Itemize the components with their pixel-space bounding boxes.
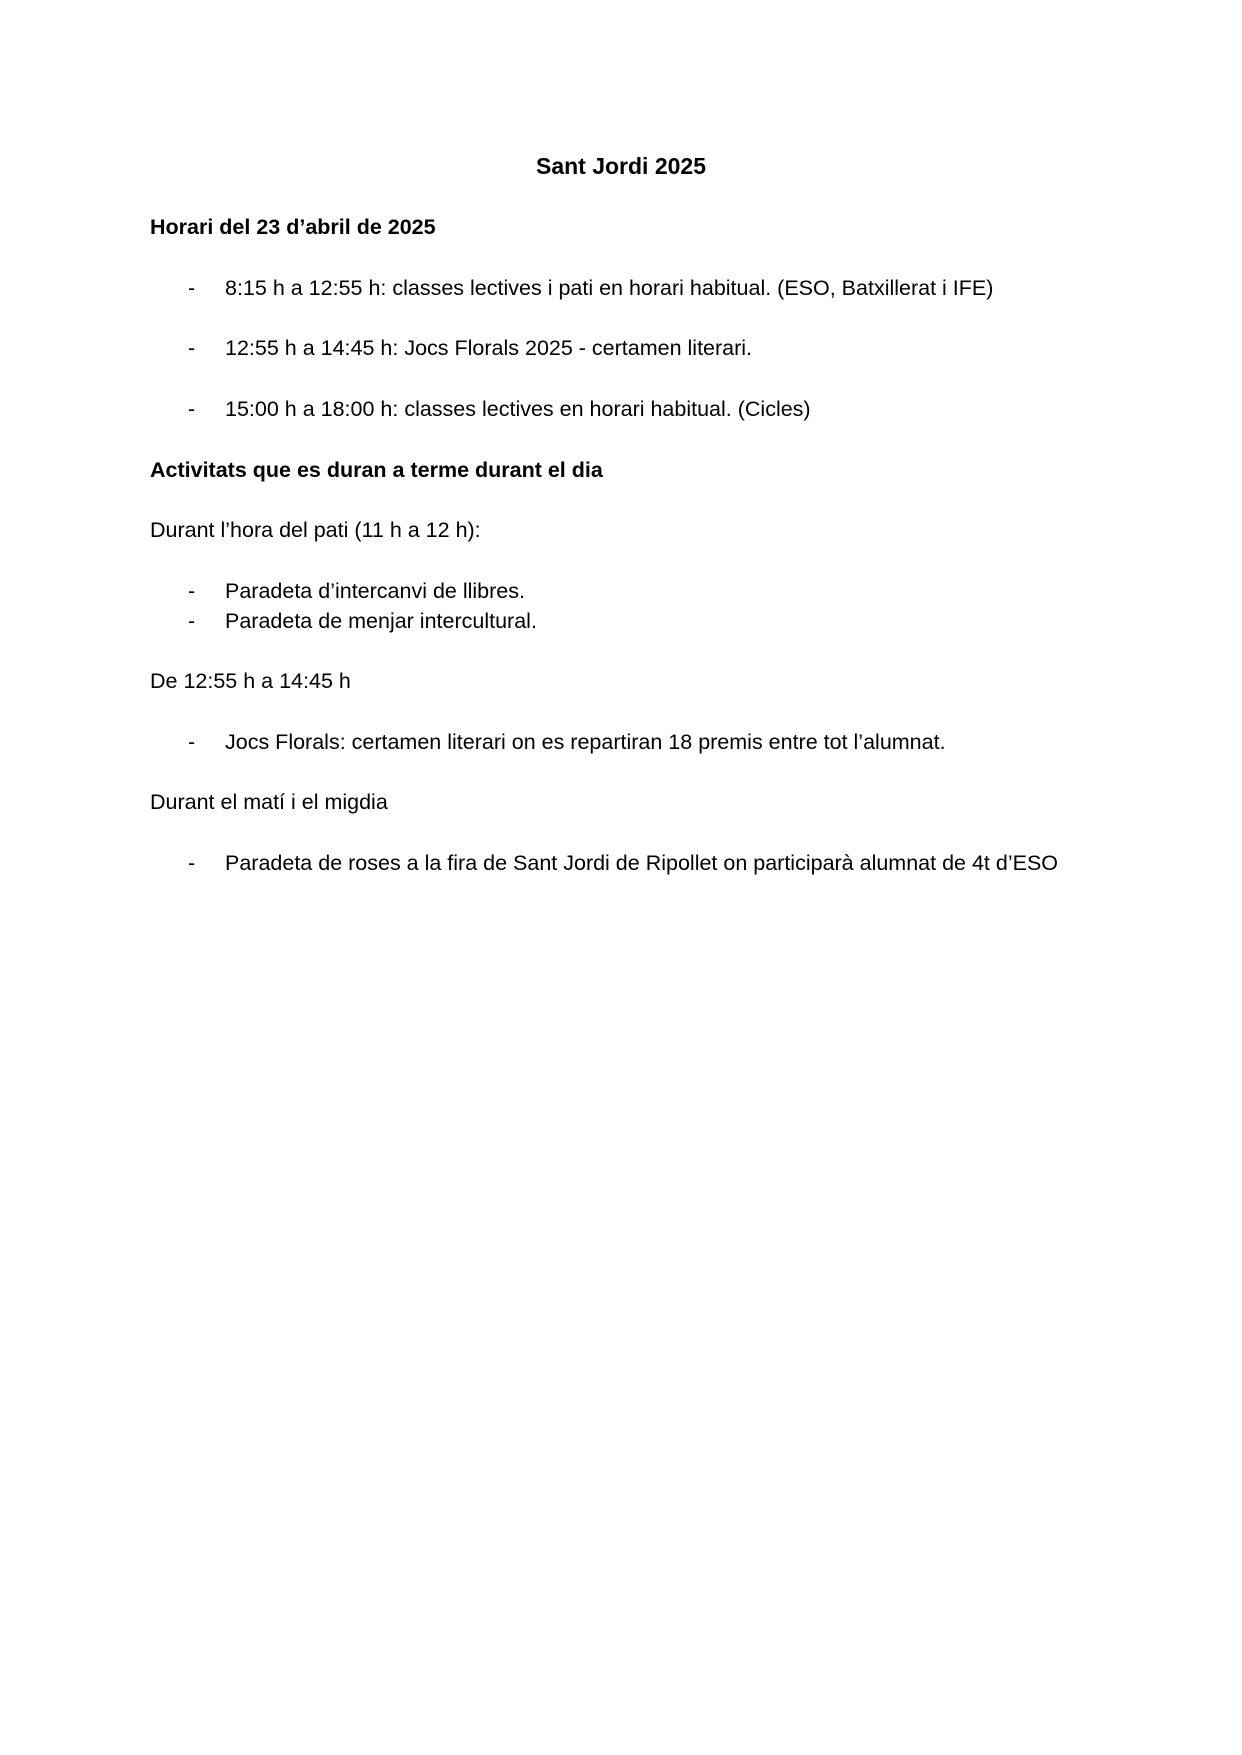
bullet-dash: - (188, 274, 195, 302)
bullet-dash: - (188, 849, 195, 877)
activity-item-text: Paradeta d’intercanvi de llibres. (225, 577, 525, 605)
schedule-heading: Horari del 23 d’abril de 2025 (150, 213, 436, 241)
activity-group-label: De 12:55 h a 14:45 h (150, 667, 351, 695)
schedule-item-text: 15:00 h a 18:00 h: classes lectives en h… (225, 395, 811, 423)
schedule-item-text: 8:15 h a 12:55 h: classes lectives i pat… (225, 274, 993, 302)
activity-item-text: Paradeta de menjar intercultural. (225, 607, 537, 635)
bullet-dash: - (188, 334, 195, 362)
activities-heading: Activitats que es duran a terme durant e… (150, 456, 603, 484)
schedule-item-text: 12:55 h a 14:45 h: Jocs Florals 2025 - c… (225, 334, 752, 362)
activity-item-text: Paradeta de roses a la fira de Sant Jord… (225, 849, 1085, 877)
document-title: Sant Jordi 2025 (0, 151, 1242, 181)
bullet-dash: - (188, 607, 195, 635)
activity-group-label: Durant l’hora del pati (11 h a 12 h): (150, 516, 481, 544)
bullet-dash: - (188, 395, 195, 423)
bullet-dash: - (188, 577, 195, 605)
activity-group-label: Durant el matí i el migdia (150, 788, 388, 816)
bullet-dash: - (188, 728, 195, 756)
document-page: Sant Jordi 2025 Horari del 23 d’abril de… (0, 0, 1242, 1755)
activity-item-text: Jocs Florals: certamen literari on es re… (225, 728, 946, 756)
